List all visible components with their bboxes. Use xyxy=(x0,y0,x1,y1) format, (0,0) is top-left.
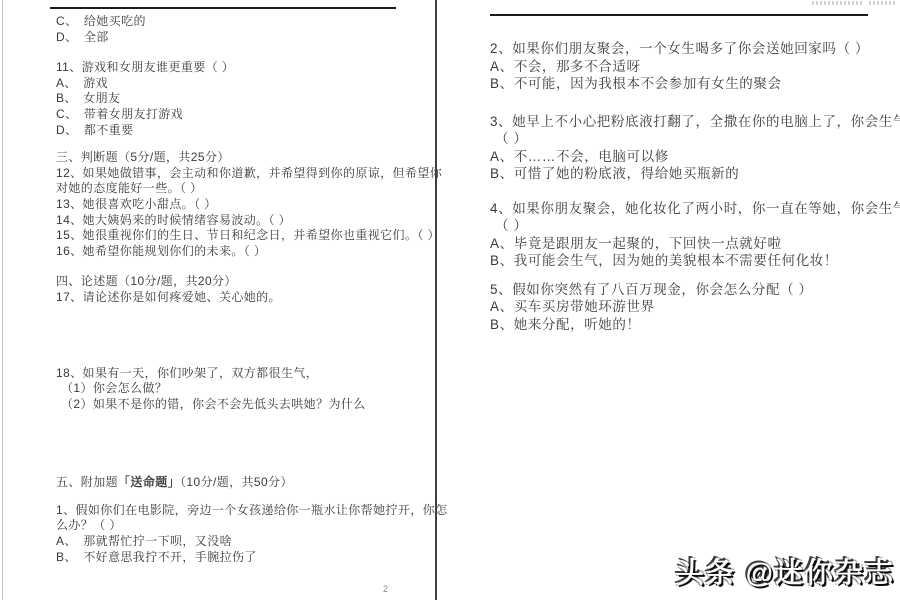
question-line: 16、她希望你能规划你们的未来。（ ） xyxy=(56,244,416,260)
continuation-line: （ ） xyxy=(490,217,885,235)
option-line: A、不会，那多不合适呀 xyxy=(490,58,885,76)
section-line: 三、判断题（5分/题，共25分） xyxy=(56,150,416,166)
continuation-line: 么办？（ ） xyxy=(56,518,416,534)
question-line: 13、她很喜欢吃小甜点。（ ） xyxy=(56,197,416,213)
watermark: 头条 @迷你杂志 xyxy=(676,551,895,591)
question-line: 15、她很重视你们的生日、节日和纪念日，并希望你也重视它们。（ ） xyxy=(56,228,416,244)
continuation-line: 对她的态度能好一些。（ ） xyxy=(56,181,416,197)
section-line: 五、附加题「送命题」（10分/题，共50分） xyxy=(56,475,416,491)
option-line: B、可惜了她的粉底液，得给她买瓶新的 xyxy=(490,165,885,183)
question-line: 11、游戏和女朋友谁更重要（ ） xyxy=(56,60,416,76)
left-page-text: C、 给她买吃的D、 全部11、游戏和女朋友谁更重要（ ）A、 游戏B、 女朋友… xyxy=(56,14,416,565)
question-line: 4、如果你朋友聚会，她化妆化了两小时，你一直在等她，你会生气吗 xyxy=(490,200,885,218)
continuation-line: （ ） xyxy=(490,130,885,148)
emphasized-text: 「送命题」 xyxy=(118,475,180,489)
option-line: B、她来分配，听她的！ xyxy=(490,316,885,334)
option-line: A、毕竟是跟朋友一起聚的，下回快一点就好啦 xyxy=(490,235,885,253)
question-line: 1、假如你们在电影院，旁边一个女孩递给你一瓶水让你帮她拧开，你怎 xyxy=(56,503,416,519)
right-page-text: 2、如果你们朋友聚会，一个女生喝多了你会送她回家吗（ ）A、不会，那多不合适呀B… xyxy=(490,40,885,333)
question-line: 18、如果有一天，你们吵架了，双方都很生气， xyxy=(56,366,416,382)
question-line: 14、她大姨妈来的时候情绪容易波动。（ ） xyxy=(56,213,416,229)
option-line: A、不……不会，电脑可以修 xyxy=(490,148,885,166)
exam-page-left: C、 给她买吃的D、 全部11、游戏和女朋友谁更重要（ ）A、 游戏B、 女朋友… xyxy=(3,0,433,600)
section-line: 四、论述题（10分/题，共20分） xyxy=(56,274,416,290)
option-line: C、 带着女朋友打游戏 xyxy=(56,107,416,123)
page-top-rule xyxy=(490,14,868,16)
option-line: D、 都不重要 xyxy=(56,123,416,139)
page-top-rule xyxy=(50,7,396,9)
exam-page-right: 2、如果你们朋友聚会，一个女生喝多了你会送她回家吗（ ）A、不会，那多不合适呀B… xyxy=(437,0,900,600)
sub-question-line: （1）你会怎么做？ xyxy=(56,381,416,397)
option-line: B、我可能会生气，因为她的美貌根本不需要任何化妆！ xyxy=(490,252,885,270)
question-line: 17、请论述你是如何疼爱她、关心她的。 xyxy=(56,290,416,306)
option-line: C、 给她买吃的 xyxy=(56,14,416,30)
document-canvas: C、 给她买吃的D、 全部11、游戏和女朋友谁更重要（ ）A、 游戏B、 女朋友… xyxy=(0,0,900,600)
sub-question-line: （2）如果不是你的错，你会不会先低头去哄她？为什么 xyxy=(56,397,416,413)
option-line: B、不可能，因为我根本不会参加有女生的聚会 xyxy=(490,75,885,93)
option-line: A、 游戏 xyxy=(56,76,416,92)
text-segment: 五、附加题 xyxy=(56,475,118,489)
option-line: A、 那就帮忙拧一下呗，又没啥 xyxy=(56,534,416,550)
question-line: 12、如果她做错事，会主动和你道歉，并希望得到你的原谅，但希望你 xyxy=(56,166,416,182)
option-line: D、 全部 xyxy=(56,30,416,46)
option-line: A、买车买房带她环游世界 xyxy=(490,298,885,316)
option-line: B、 女朋友 xyxy=(56,91,416,107)
faint-header-fragment xyxy=(812,1,862,5)
page-number: 2 xyxy=(383,584,388,594)
faint-header-fragment xyxy=(869,1,897,5)
text-segment: （10分/题，共50分） xyxy=(180,475,293,489)
question-line: 5、假如你突然有了八百万现金，你会怎么分配（ ） xyxy=(490,281,885,299)
question-line: 3、她早上不小心把粉底液打翻了，全撒在你的电脑上了，你会生气吗 xyxy=(490,113,885,131)
question-line: 2、如果你们朋友聚会，一个女生喝多了你会送她回家吗（ ） xyxy=(490,40,885,58)
option-line: B、 不好意思我拧不开，手腕拉伤了 xyxy=(56,550,416,566)
